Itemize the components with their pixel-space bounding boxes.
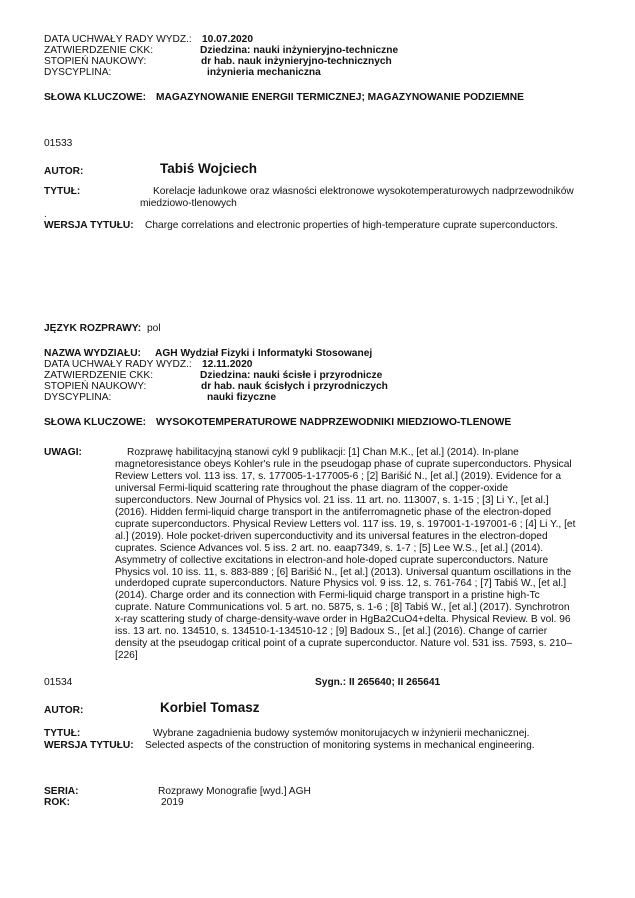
year-value: 2019 [161, 797, 184, 809]
title-version-label: WERSJA TYTUŁU: [44, 740, 134, 752]
keywords-value: MAGAZYNOWANIE ENERGII TERMICZNEJ; MAGAZY… [156, 92, 524, 104]
author-label: AUTOR: [44, 705, 83, 717]
discipline-label: DYSCYPLINA: [44, 67, 111, 79]
notes-label: UWAGI: [44, 447, 82, 459]
title-line-2: miedziowo-tlenowych [140, 198, 237, 210]
title-version-label: WERSJA TYTUŁU: [44, 220, 134, 232]
keywords-label: SŁOWA KLUCZOWE: [44, 417, 146, 429]
discipline-label: DYSCYPLINA: [44, 392, 111, 404]
author-label: AUTOR: [44, 166, 83, 178]
author-name: Korbiel Tomasz [160, 702, 260, 714]
title-value: Wybrane zagadnienia budowy systemów moni… [153, 728, 529, 740]
entry-number: 01533 [44, 138, 72, 150]
keywords-value: WYSOKOTEMPERATUROWE NADPRZEWODNIKI MIEDZ… [156, 417, 511, 429]
discipline-value: inżynieria mechaniczna [207, 67, 321, 79]
language-label: JĘZYK ROZPRAWY: [44, 323, 141, 335]
keywords-label: SŁOWA KLUCZOWE: [44, 92, 146, 104]
discipline-value: nauki fizyczne [207, 392, 276, 404]
author-name: Tabiś Wojciech [160, 163, 257, 175]
title-label: TYTUŁ: [44, 728, 80, 740]
entry-number: 01534 [44, 677, 72, 689]
title-label: TYTUŁ: [44, 186, 80, 198]
title-version-value: Selected aspects of the construction of … [145, 740, 535, 752]
language-value: pol [147, 323, 161, 335]
call-number: Sygn.: II 265640; II 265641 [315, 677, 440, 689]
notes-text: Rozprawę habilitacyjną stanowi cykl 9 pu… [115, 447, 577, 662]
title-version-value: Charge correlations and electronic prope… [145, 220, 558, 232]
title-line-1: Korelacje ładunkowe oraz własności elekt… [153, 186, 574, 198]
year-label: ROK: [44, 797, 70, 809]
